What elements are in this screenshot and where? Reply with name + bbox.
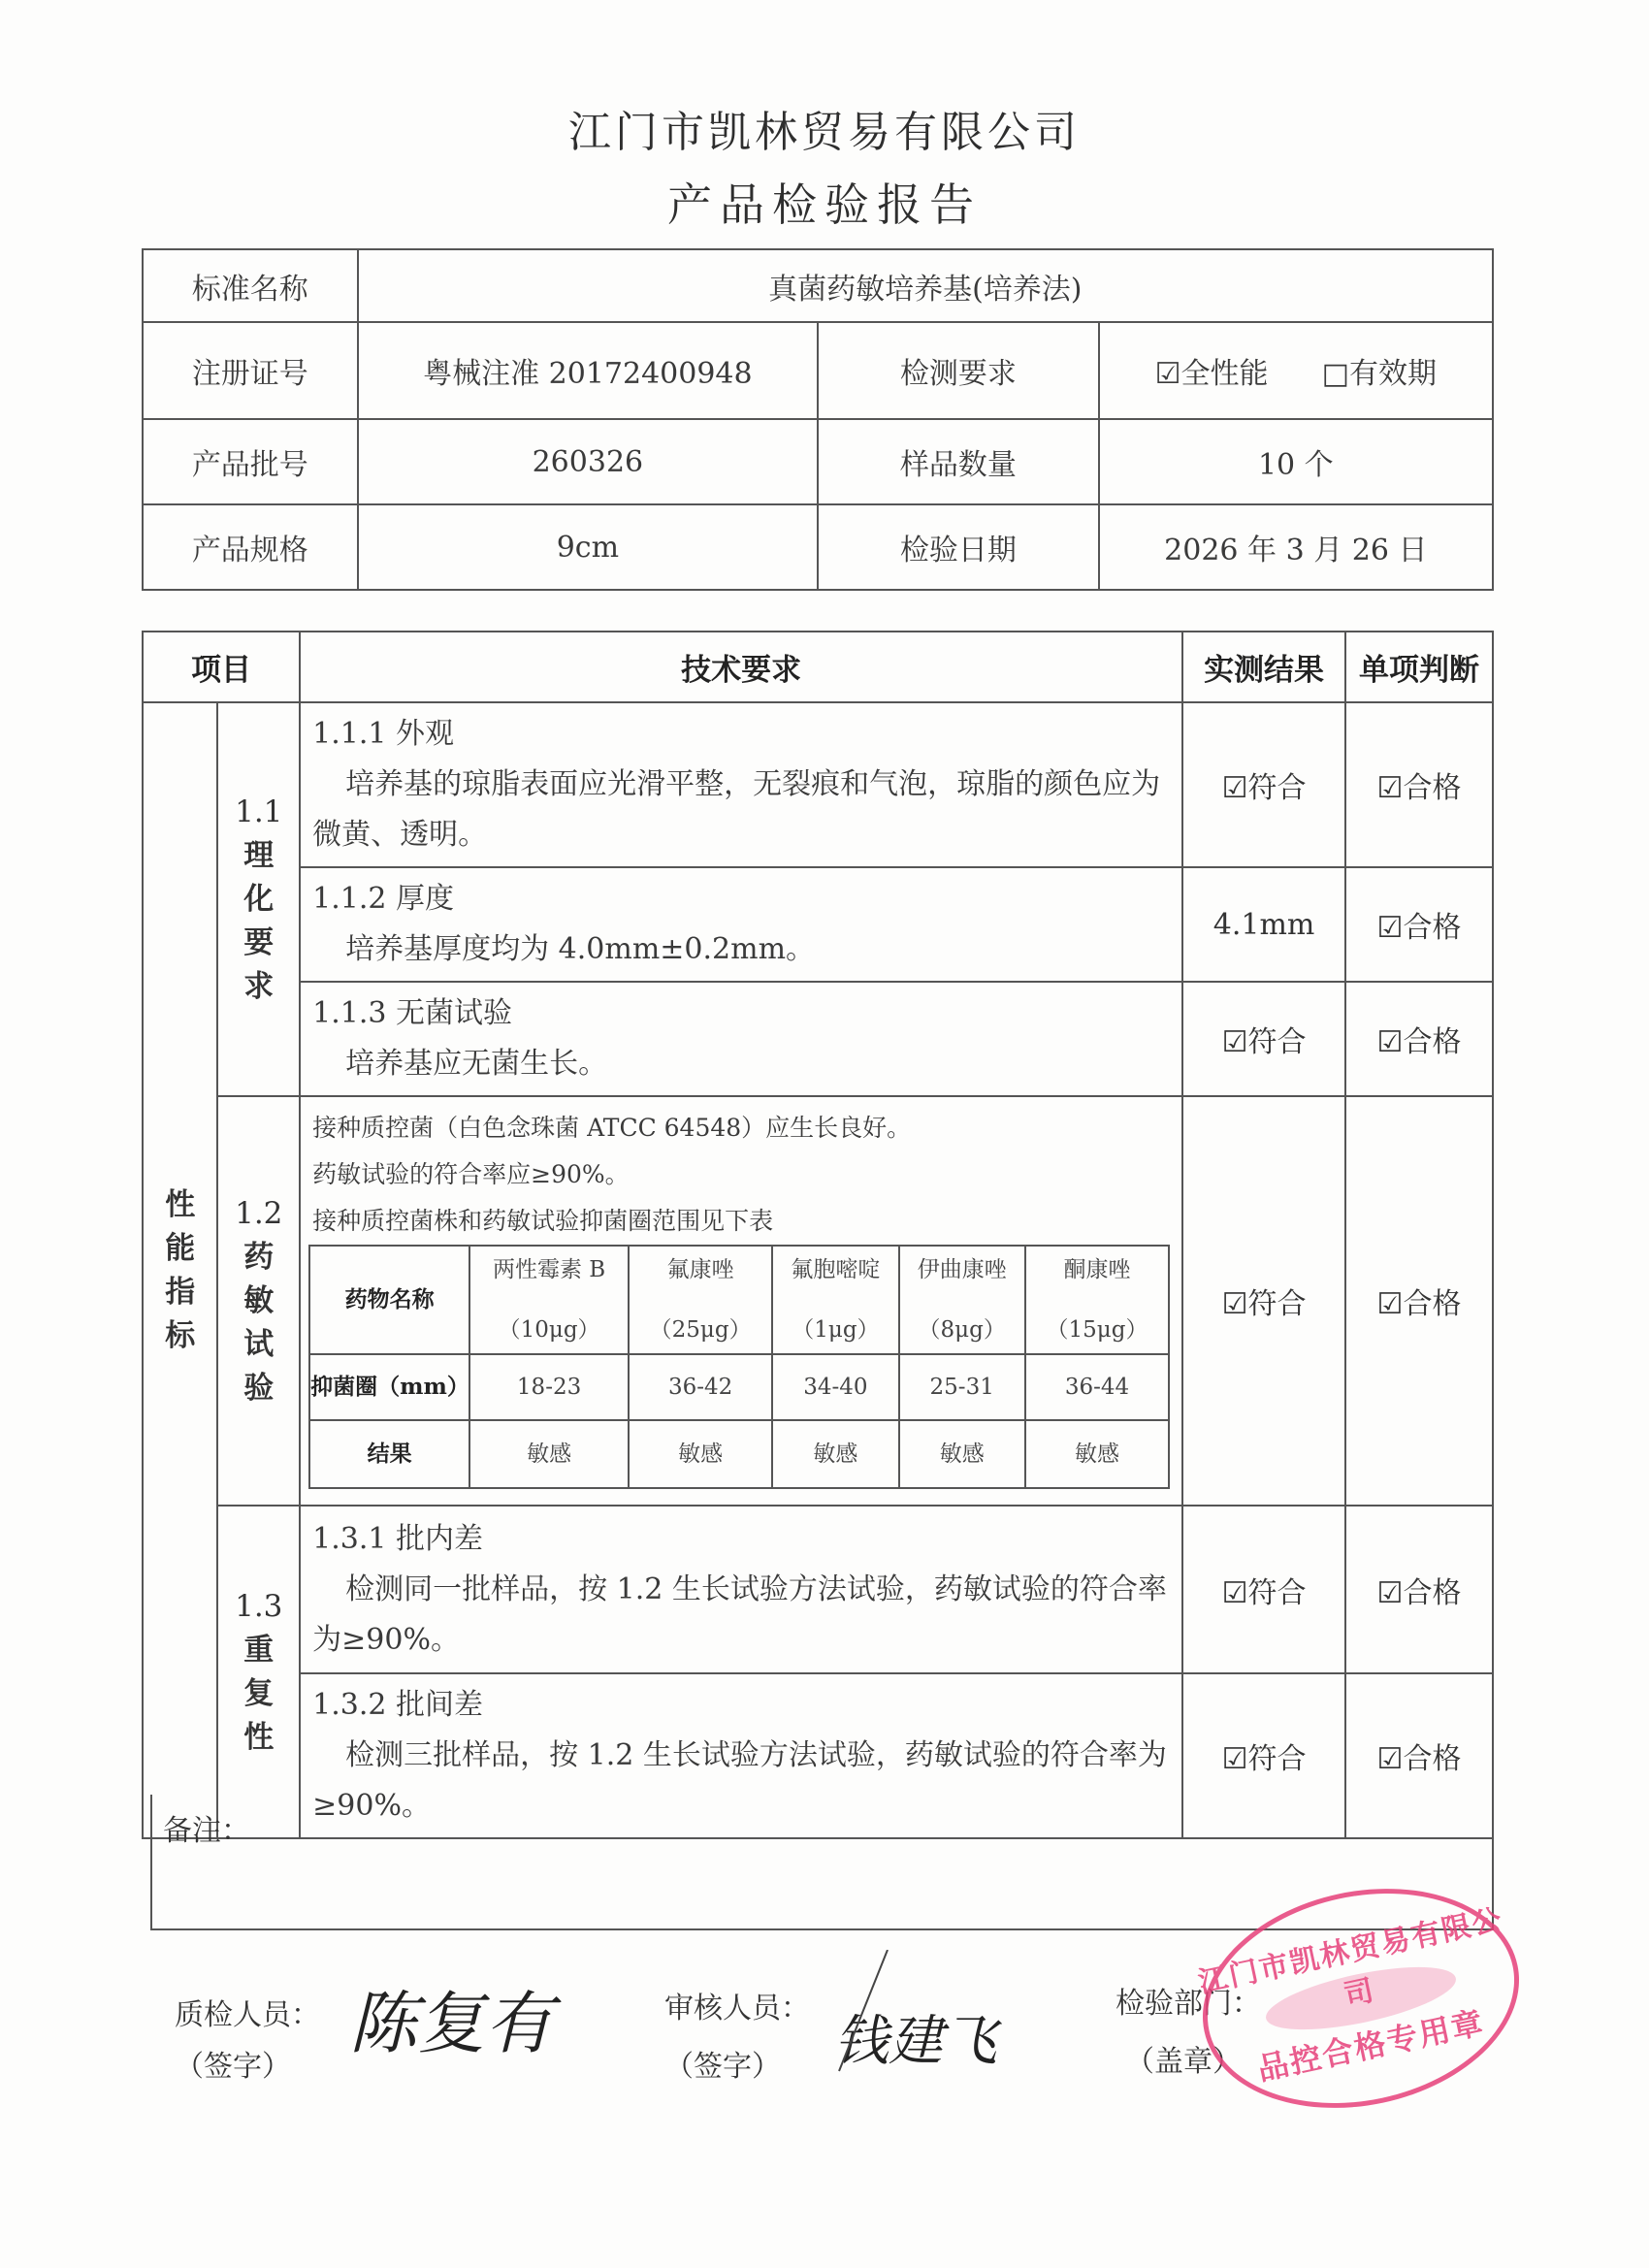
drug-1: 两性霉素 B（10μg） (469, 1246, 629, 1354)
drug-result-5: 敏感 (1025, 1420, 1169, 1488)
inspector-signature: 陈复有 (349, 1969, 553, 2067)
judgement-1-1-1: ☑合格 (1345, 702, 1493, 867)
result-1-3-1: ☑符合 (1182, 1506, 1345, 1673)
req-line-1: 接种质控菌（白色念珠菌 ATCC 64548）应生长良好。 (312, 1105, 1170, 1151)
requirement-1-1-1: 1.1.1 外观 培养基的琼脂表面应光滑平整，无裂痕和气泡，琼脂的颜色应为微黄、… (300, 702, 1182, 867)
drug-3: 氟胞嘧啶（1μg） (772, 1246, 898, 1354)
drug-5: 酮康唑（15μg） (1025, 1246, 1169, 1354)
result-label: 结果 (309, 1420, 469, 1488)
zone-3: 34-40 (772, 1354, 898, 1420)
requirement-1-3-1: 1.3.1 批内差 检测同一批样品，按 1.2 生长试验方法试验，药敏试验的符合… (300, 1506, 1182, 1673)
requirement-1-2: 接种质控菌（白色念珠菌 ATCC 64548）应生长良好。 药敏试验的符合率应≥… (300, 1096, 1182, 1506)
standard-name-label: 标准名称 (143, 249, 358, 322)
company-name: 江门市凯林贸易有限公司 (0, 97, 1649, 159)
requirement-1-1-2: 1.1.2 厚度 培养基厚度均为 4.0mm±0.2mm。 (300, 867, 1182, 982)
full-performance-checkbox[interactable]: ☑全性能 (1155, 357, 1269, 391)
zone-1: 18-23 (469, 1354, 629, 1420)
reviewer-sub: （签字） (664, 2042, 781, 2085)
judgement-1-1-2: ☑合格 (1345, 867, 1493, 982)
drug-result-3: 敏感 (772, 1420, 898, 1488)
test-requirement-options: ☑全性能 □有效期 (1099, 322, 1493, 419)
result-1-1-2: 4.1mm (1182, 867, 1345, 982)
sample-qty-label: 样品数量 (818, 419, 1099, 504)
zone-5: 36-44 (1025, 1354, 1169, 1420)
section-1-3-label: 1.3 重复性 (217, 1506, 300, 1838)
category-performance: 性能指标 (143, 702, 217, 1838)
drug-4: 伊曲康唑（8μg） (899, 1246, 1025, 1354)
section-1-2-label: 1.2 药敏试验 (217, 1096, 300, 1506)
test-date-value: 2026 年 3 月 26 日 (1099, 504, 1493, 590)
result-1-1-3: ☑符合 (1182, 982, 1345, 1096)
drug-susceptibility-table: 药物名称 两性霉素 B（10μg） 氟康唑（25μg） 氟胞嘧啶（1μg） 伊曲… (308, 1245, 1170, 1489)
drug-result-2: 敏感 (629, 1420, 772, 1488)
zone-label: 抑菌圈（mm） (309, 1354, 469, 1420)
drug-name-label: 药物名称 (309, 1246, 469, 1354)
header-item: 项目 (143, 632, 300, 702)
standard-name-value: 真菌药敏培养基(培养法) (358, 249, 1493, 322)
sample-qty-value: 10 个 (1099, 419, 1493, 504)
drug-result-1: 敏感 (469, 1420, 629, 1488)
registration-value: 粤械注准 20172400948 (358, 322, 818, 419)
result-1-2: ☑符合 (1182, 1096, 1345, 1506)
judgement-1-3-1: ☑合格 (1345, 1506, 1493, 1673)
signature-stroke (834, 1950, 892, 2076)
inspector-label: 质检人员： (175, 1991, 320, 2033)
header-requirement: 技术要求 (300, 632, 1182, 702)
drug-2: 氟康唑（25μg） (629, 1246, 772, 1354)
validity-checkbox[interactable]: □有效期 (1322, 357, 1437, 391)
requirement-1-1-3: 1.1.3 无菌试验 培养基应无菌生长。 (300, 982, 1182, 1096)
section-1-1-label: 1.1 理化要求 (217, 702, 300, 1096)
zone-2: 36-42 (629, 1354, 772, 1420)
result-1-1-1: ☑符合 (1182, 702, 1345, 867)
inspector-sub: （签字） (175, 2042, 291, 2085)
test-requirement-label: 检测要求 (818, 322, 1099, 419)
zone-4: 25-31 (899, 1354, 1025, 1420)
judgement-1-2: ☑合格 (1345, 1096, 1493, 1506)
spec-label: 产品规格 (143, 504, 358, 590)
batch-label: 产品批号 (143, 419, 358, 504)
report-title: 产品检验报告 (0, 170, 1649, 234)
header-judgement: 单项判断 (1345, 632, 1493, 702)
reviewer-label: 审核人员： (664, 1984, 810, 2026)
spec-value: 9cm (358, 504, 818, 590)
drug-result-4: 敏感 (899, 1420, 1025, 1488)
notes-label: 备注： (163, 1806, 250, 1849)
header-result: 实测结果 (1182, 632, 1345, 702)
test-date-label: 检验日期 (818, 504, 1099, 590)
req-line-2: 药敏试验的符合率应≥90%。 (312, 1151, 1170, 1198)
req-line-3: 接种质控菌株和药敏试验抑菌圈范围见下表 (312, 1198, 1170, 1245)
registration-label: 注册证号 (143, 322, 358, 419)
judgement-1-1-3: ☑合格 (1345, 982, 1493, 1096)
inspection-table: 项目 技术要求 实测结果 单项判断 性能指标 1.1 理化要求 1.1.1 外观… (142, 631, 1494, 1839)
product-info-table: 标准名称 真菌药敏培养基(培养法) 注册证号 粤械注准 20172400948 … (142, 248, 1494, 591)
batch-value: 260326 (358, 419, 818, 504)
